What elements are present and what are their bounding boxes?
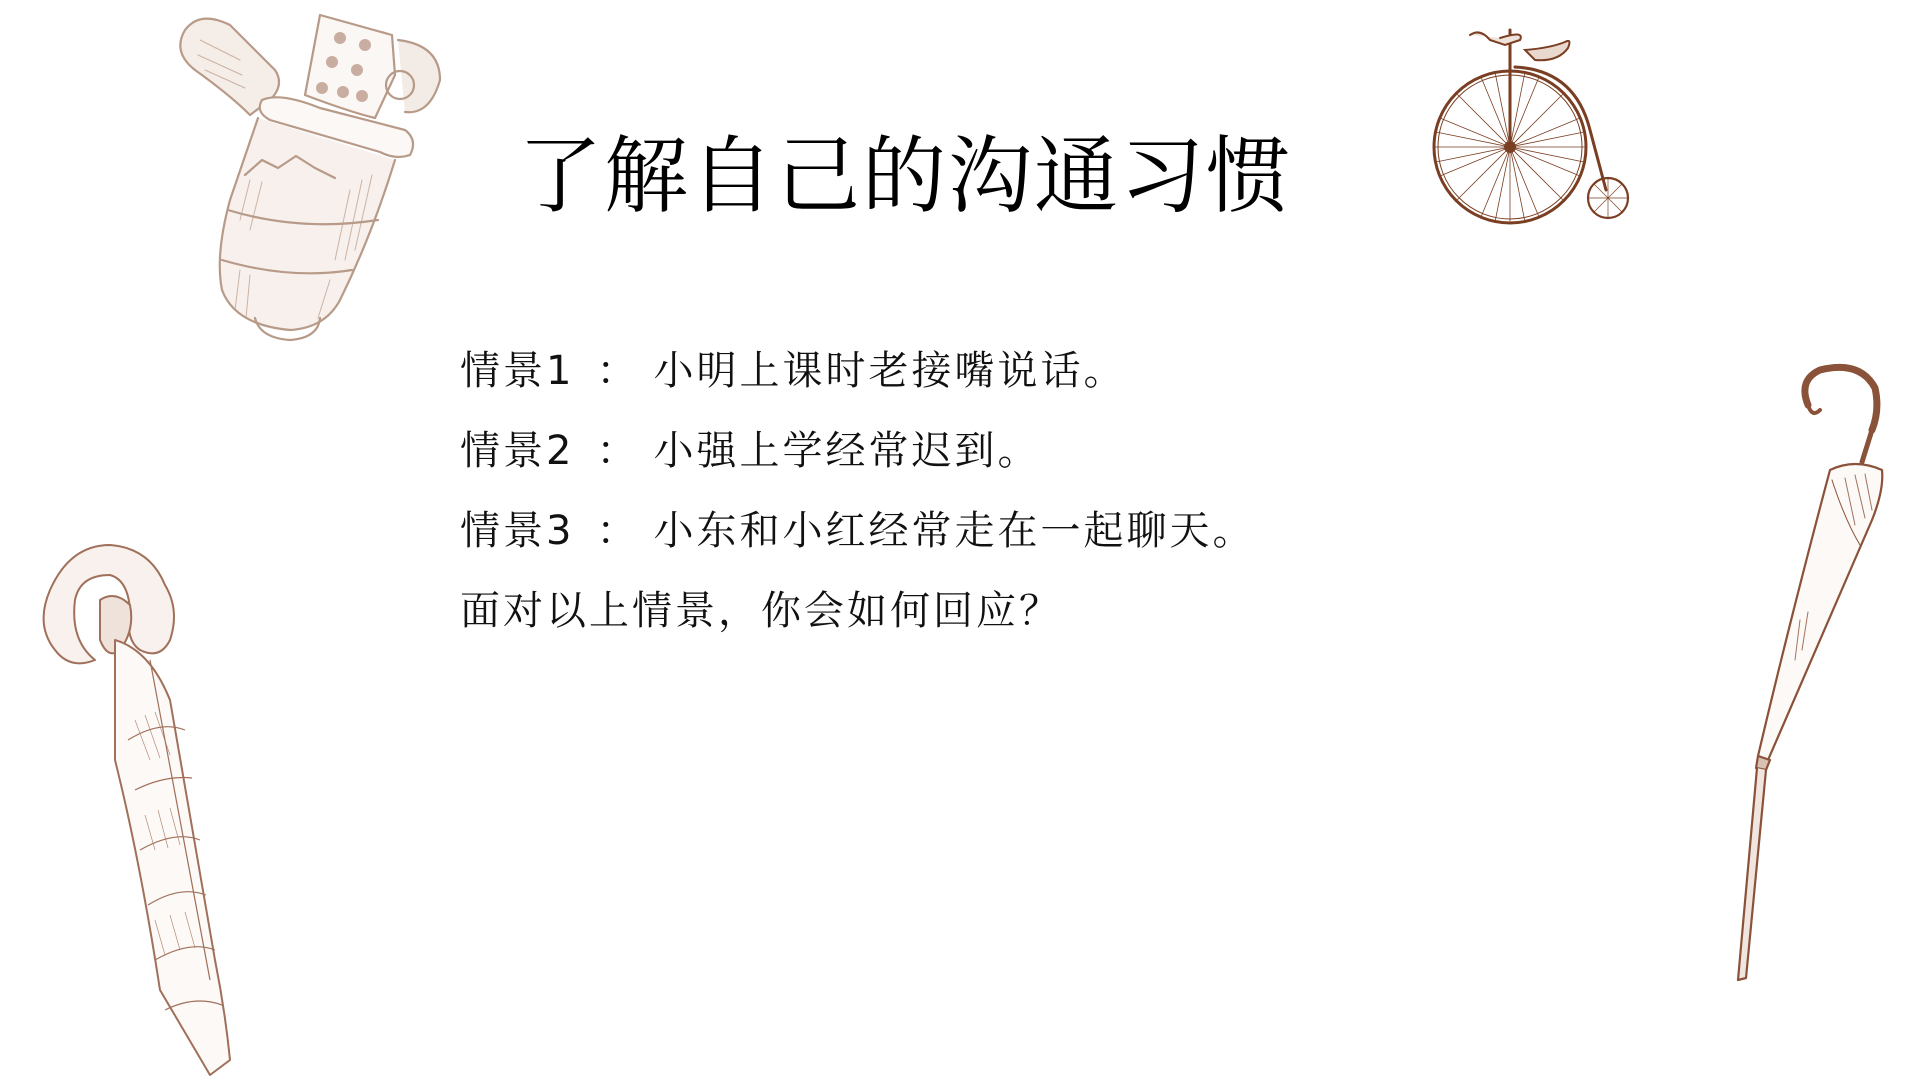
umbrella-sketch-icon xyxy=(1738,367,1882,980)
scenario-list: 情景1：小明上课时老接嘴说话。 情景2：小强上学经常迟到。 情景3：小东和小红经… xyxy=(460,346,1255,666)
necktie-sketch-icon xyxy=(44,545,230,1075)
scenario-2: 情景2：小强上学经常迟到。 xyxy=(460,426,1255,506)
scenario-text: 小明上课时老接嘴说话。 xyxy=(653,348,1126,394)
question: 面对以上情景，你会如何回应？ xyxy=(460,586,1255,666)
scenario-text: 小东和小红经常走在一起聊天。 xyxy=(653,508,1255,554)
scenario-3: 情景3：小东和小红经常走在一起聊天。 xyxy=(460,506,1255,586)
scenario-text: 小强上学经常迟到。 xyxy=(653,428,1040,474)
slide-title: 了解自己的沟通习惯 xyxy=(0,128,1810,224)
scenario-label: 情景3 xyxy=(460,508,574,554)
scenario-separator: ： xyxy=(596,426,639,476)
scenario-1: 情景1：小明上课时老接嘴说话。 xyxy=(460,346,1255,426)
scenario-separator: ： xyxy=(596,346,639,396)
scenario-label: 情景1 xyxy=(460,348,574,394)
scenario-label: 情景2 xyxy=(460,428,574,474)
scenario-separator: ： xyxy=(596,506,639,556)
